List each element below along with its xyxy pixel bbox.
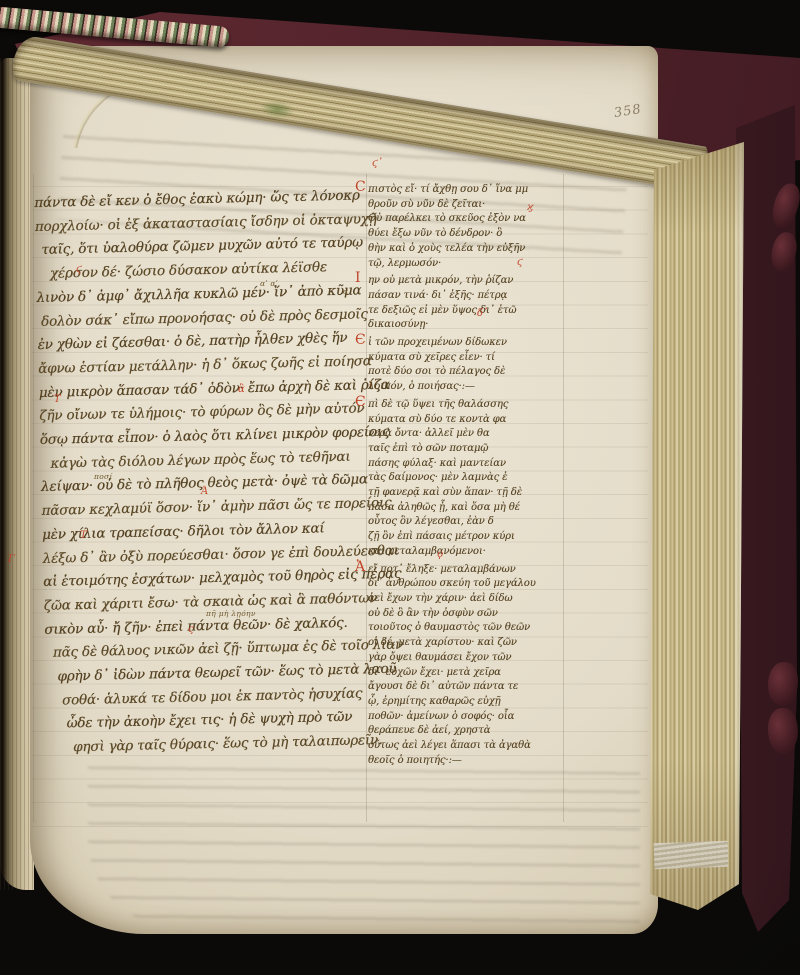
text-line: ἄγουσι δὲ δι᾽ αὐτῶν πάντα τε [368,680,574,695]
text-line: Єἰ τῶν προχειμένων δίδωκεν [368,336,574,351]
text-line-body: οὐ δὲ ὃ ἂν τὴν ὀσφὺν σῶν [368,608,498,619]
text-line-body: θεοῖς ὁ ποιητής·:— [368,755,462,766]
text-line: τοιοῦτος ὁ θαυμαστὸς τῶν θεῶν [368,621,574,636]
text-line-body: νερὰ ὄντα· ἀλλεῖ μὲν θα [368,428,490,439]
text-line-body: τε δεξιῶς εἰ μὲν ὕψος δι᾽ ἑτῶ [368,305,516,316]
page-edges-fore [646,142,748,914]
text-line-body: ην οὐ μετὰ μικρόν, τὴν ῥίζαν [368,275,513,286]
gutter-page-edges [0,58,34,890]
text-line: ἀεὶ ἔχων τὴν χάριν· ἀεὶ δίδω [368,592,574,607]
text-line: δικαιοσύνῃ· [368,318,574,333]
text-line: δι᾽ εὐχῶν ἔχει· μετὰ χεῖρα [368,666,574,681]
text-line: τε δεξιῶς εἰ μὲν ὕψος δι᾽ ἑτῶ [368,304,574,319]
text-line: ποτὲ δύο σοι τὸ πέλαγος δὲ [368,365,574,380]
text-line: πάσαν τινά· δι᾽ ἑξῆς· πέτρᾳ [368,289,574,304]
text-line: νερὰ ὄντα· ἀλλεῖ μὲν θα [368,427,574,442]
text-line: οὕτως ἀεὶ λέγει ἅπασι τὰ ἀγαθὰ [368,739,574,754]
text-line-body: λοιπόν, ὁ ποιήσας·:— [368,381,475,392]
text-line: ζῇ ὃν ἐπὶ πάσαις μέτρον κύρι [368,530,574,545]
text-line: δι᾽ ἀνθρώπου σκεύη τοῦ μεγάλου [368,577,574,592]
edge-stain [258,98,296,121]
manuscript-page: φ 358 πάντα δὲ εἴ κεν ὁ ἔθος ἑακὺ κώμη· … [30,46,658,934]
text-line-body: ζῇ ὃν ἐπὶ πάσαις μέτρον κύρι [368,531,515,542]
text-line: καὶ μεταλαμβανόμενοι· [368,545,574,560]
text-line-body: ᾧ, ἐρημίτης καθαρῶς εὐχῇ [368,696,500,707]
text-line-body: δι᾽ ἀνθρώπου σκεύη τοῦ μεγάλου [368,578,536,589]
text-line-body: τῷ, λερμωσόν· [368,258,441,269]
right-text-column: Ϲπιστὸς εἴ· τί ἄχθῃ σου δ᾽ ἵνα μμ θροῦν … [368,180,574,768]
text-line-body: τοιοῦτος ὁ θαυμαστὸς τῶν θεῶν [368,622,530,633]
text-line-body: εἴ ποτ᾽ ἔληξε· μεταλαμβάνων [368,564,516,575]
text-line-body: γὰρ ὄψει θαυμάσει ἔχον τῶν [368,652,511,663]
text-line: Ἀεἴ ποτ᾽ ἔληξε· μεταλαμβάνων [368,563,574,578]
rubric-initial: Є [355,395,366,410]
text-line: κύματα σὺ δύο τε κοντὰ φα [368,413,574,428]
text-line-body: ποτὲ δύο σοι τὸ πέλαγος δὲ [368,366,505,377]
folio-number: 358 [613,102,643,121]
text-line-body: πάσαν τινά· δι᾽ ἑξῆς· πέτρᾳ [368,290,507,301]
text-line-body: πιστὸς εἴ· τί ἄχθῃ σου δ᾽ ἵνα μμ [368,184,528,195]
text-line-body: πᾶσα ἀληθῶς ᾖ, καὶ ὅσα μὴ θέ [368,502,520,513]
text-line-body: δικαιοσύνῃ· [368,319,428,330]
text-line-body: ἰ τῶν προχειμένων δίδωκεν [368,337,507,348]
text-line: Οὐ παρέλκει τὸ σκεῦος ἐξὸν να [368,212,574,227]
text-line: θεράπευε δὲ ἀεί, χρηστὰ [368,724,574,739]
text-line-body: ταῖς ἐπὶ τὸ σῶν ποταμῷ [368,443,488,454]
text-line: θύει ἔξω νῦν τὸ δένδρον· ὃ [368,227,574,242]
flyleaf-edges [654,841,729,870]
text-line: κύματα σὺ χεῖρες εἶεν· τί [368,351,574,366]
rubric-initial: Ϲ [355,180,366,195]
text-line-body: θὴν καὶ ὁ χοὺς τελέα τὴν εὐξῆν [368,243,525,254]
text-line-body: πὶ δὲ τῷ ὕψει τῆς θαλάσσης [368,399,508,410]
text-line: τῷ, λερμωσόν· [368,257,574,272]
manuscript-photo: φ 358 πάντα δὲ εἴ κεν ὁ ἔθος ἑακὺ κώμη· … [0,0,800,975]
text-line-body: τῇ φανερᾷ καὶ σὺν ἅπαν· τῇ δὲ [368,487,522,498]
text-line-body: οὗτος ὃν λέγεσθαι, ἐὰν δ [368,516,494,527]
text-line: Єπὶ δὲ τῷ ὕψει τῆς θαλάσσης [368,398,574,413]
rubric-initial: Ἀ [355,560,365,575]
text-line-body: κύματα σὺ δύο τε κοντὰ φα [368,414,506,425]
text-line: θροῦν σὺ νῦν δὲ ζεῖται· [368,198,574,213]
rubric-initial: Є [355,333,366,348]
text-line-body: ἄγουσι δὲ δι᾽ αὐτῶν πάντα τε [368,681,518,692]
text-line: ᾧ, ἐρημίτης καθαρῶς εὐχῇ [368,695,574,710]
text-line: Ιην οὐ μετὰ μικρόν, τὴν ῥίζαν [368,274,574,289]
text-line: οὗτος ὃν λέγεσθαι, ἐὰν δ [368,515,574,530]
text-line: τὰς δαίμονος· μὲν λαμνὰς ἐ [368,471,574,486]
text-line-body: Οὐ παρέλκει τὸ σκεῦος ἐξὸν να [368,213,526,224]
text-line-body: θροῦν σὺ νῦν δὲ ζεῖται· [368,199,485,210]
text-line-body: πάσης φύλαξ· καὶ μαντείαν [368,458,506,469]
text-line-body: κύματα σὺ χεῖρες εἶεν· τί [368,352,495,363]
ruling-vertical [33,174,34,822]
text-line: τῇ φανερᾷ καὶ σὺν ἅπαν· τῇ δὲ [368,486,574,501]
text-line: πᾶσα ἀληθῶς ᾖ, καὶ ὅσα μὴ θέ [368,501,574,516]
text-line: οἱ δέ, μετὰ χαρίστου· καὶ ζῶν [368,636,574,651]
text-line: Ϲπιστὸς εἴ· τί ἄχθῃ σου δ᾽ ἵνα μμ [368,183,574,198]
rubric-initial: Ι [355,271,360,286]
text-line-body: οἱ δέ, μετὰ χαρίστου· καὶ ζῶν [368,637,517,648]
text-line-body: θύει ἔξω νῦν τὸ δένδρον· ὃ [368,228,502,239]
text-line-body: ἀεὶ ἔχων τὴν χάριν· ἀεὶ δίδω [368,593,512,604]
text-line: θὴν καὶ ὁ χοὺς τελέα τὴν εὐξῆν [368,242,574,257]
text-line-body: ποθῶν· ἀμείνων ὁ σοφός· οἷα [368,711,514,722]
text-line: γὰρ ὄψει θαυμάσει ἔχον τῶν [368,651,574,666]
text-line: ποθῶν· ἀμείνων ὁ σοφός· οἷα [368,710,574,725]
text-line: λοιπόν, ὁ ποιήσας·:— [368,380,574,395]
text-line-body: δι᾽ εὐχῶν ἔχει· μετὰ χεῖρα [368,667,501,678]
showthrough-bottom [88,760,640,928]
text-line: ταῖς ἐπὶ τὸ σῶν ποταμῷ [368,442,574,457]
text-line-body: θεράπευε δὲ ἀεί, χρηστὰ [368,725,490,736]
text-line: οὐ δὲ ὃ ἂν τὴν ὀσφὺν σῶν [368,607,574,622]
text-line-body: τὰς δαίμονος· μὲν λαμνὰς ἐ [368,472,507,483]
text-line-body: καὶ μεταλαμβανόμενοι· [368,546,486,557]
left-text-column: πάντα δὲ εἴ κεν ὁ ἔθος ἑακὺ κώμη· ὥς τε … [34,184,387,761]
text-line: θεοῖς ὁ ποιητής·:— [368,754,574,769]
text-line: πάσης φύλαξ· καὶ μαντείαν [368,457,574,472]
text-line-body: οὕτως ἀεὶ λέγει ἅπασι τὰ ἀγαθὰ [368,740,531,751]
